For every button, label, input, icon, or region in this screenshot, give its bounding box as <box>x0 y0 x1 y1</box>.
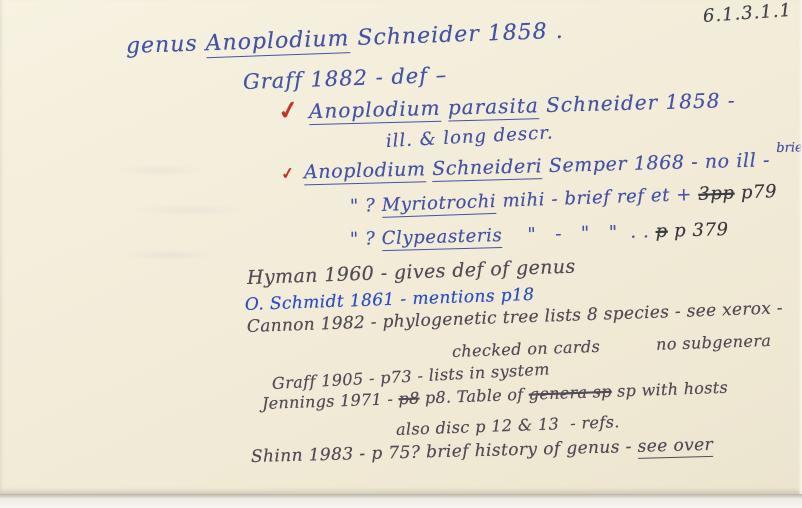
card-bottom-edge-shadow <box>0 494 802 508</box>
index-card: 6.1.3.1.1 genus Anoplodium Schneider 185… <box>0 0 802 494</box>
crossed-out-text: p <box>655 221 668 242</box>
red-checkmark-icon: ✓ <box>280 163 296 184</box>
line-shinn-1983: Shinn 1983 - p 75? brief history of genu… <box>251 435 714 467</box>
species-epithet-underlined: Schneideri <box>432 155 543 182</box>
species-author-note: Semper 1868 - no ill - <box>542 149 777 177</box>
catalog-number: 6.1.3.1.1 <box>702 0 792 27</box>
card-right-edge-highlight <box>798 0 802 494</box>
ditto-question: " ? <box>350 195 382 217</box>
line-also-disc: also disc p 12 & 13 - refs. <box>396 412 620 439</box>
genus-label: genus <box>126 31 207 59</box>
no-subgenera-note: no subgenera <box>656 331 772 354</box>
crossed-out-text: p8 <box>398 389 420 409</box>
see-over-underlined: see over <box>637 435 713 459</box>
line-myriotrochi: " ? Myriotrochi mihi - brief ref et + 3p… <box>350 181 778 217</box>
line-ill-long-descr: ill. & long descr. <box>385 122 554 152</box>
species-epithet-underlined: Clypeasteris <box>381 225 502 251</box>
page-ref: p79 <box>734 181 777 203</box>
checked-on-cards-note: checked on cards <box>452 337 601 361</box>
ditto-marks: " - " " . . <box>502 221 656 246</box>
hand-gap <box>600 350 656 352</box>
citation-text: sp with hosts <box>611 378 728 401</box>
genus-name-underlined: Anoplodium <box>205 26 350 58</box>
note-text: mihi - brief ref et + <box>496 184 699 212</box>
scanned-index-card-photo: 6.1.3.1.1 genus Anoplodium Schneider 185… <box>0 0 802 508</box>
species-epithet-underlined: parasita <box>448 93 539 121</box>
species-genus-underlined: Anoplodium <box>304 158 426 185</box>
species-author-year: Schneider 1858 - <box>538 88 735 117</box>
line-graff-1882: Graff 1882 - def – <box>243 63 448 94</box>
red-checkmark-icon: ✓ <box>276 94 302 126</box>
genus-author-year: Schneider 1858 . <box>349 19 564 51</box>
citation-text: Jennings 1971 - <box>262 389 399 413</box>
line-genus-heading: genus Anoplodium Schneider 1858 . <box>126 19 565 59</box>
citation-text: Shinn 1983 - p 75? brief history of genu… <box>251 437 638 467</box>
line-anoplodium-schneideri: ✓Anoplodium Schneideri Semper 1868 - no … <box>281 147 802 184</box>
line-checked-on-cards: checked on cardsno subgenera <box>452 331 772 361</box>
species-genus-underlined: Anoplodium <box>309 96 441 125</box>
citation-text: p8. Table of <box>419 385 529 408</box>
ditto-question: " ? <box>350 228 382 250</box>
line-clypeasteris: " ? Clypeasteris " - " " . . p p 379 <box>350 219 729 250</box>
crossed-out-text: 3pp <box>698 183 735 205</box>
species-epithet-underlined: Myriotrochi <box>381 191 496 218</box>
crossed-out-text: genera sp <box>529 382 613 404</box>
page-ref: p 379 <box>667 219 728 242</box>
